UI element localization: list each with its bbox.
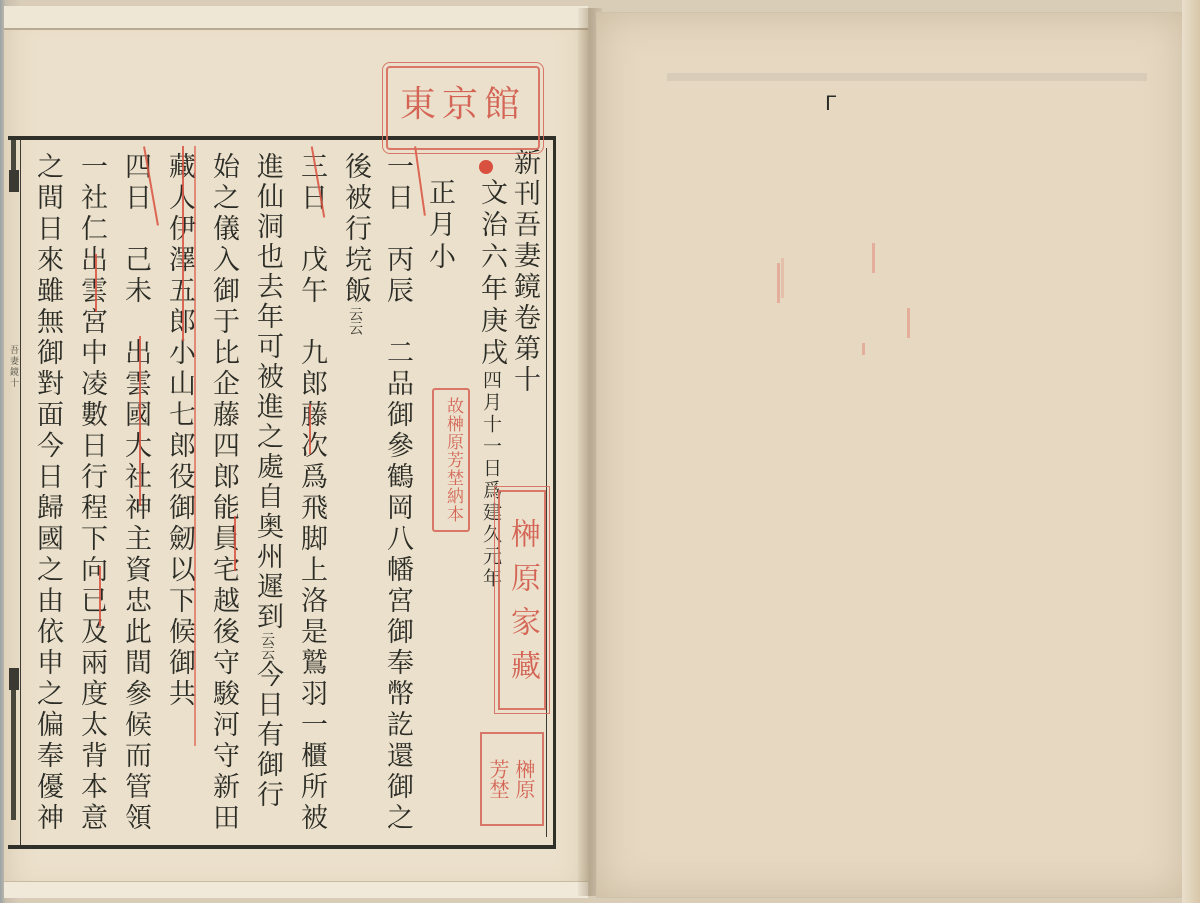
fore-edge-bar-lower — [11, 690, 16, 820]
day1-cont-main: 後被行垸飯 — [340, 152, 371, 307]
book-outer-edge — [1182, 0, 1200, 903]
column-month: 正月小 — [422, 178, 456, 274]
red-annotation-line — [194, 146, 196, 746]
page-top-edge — [4, 6, 588, 30]
faded-red-mark — [907, 308, 910, 338]
faded-red-mark — [781, 258, 784, 298]
ink-mark: ᒥ — [825, 91, 836, 115]
fore-edge-hanshin: 吾妻鏡十 — [8, 140, 21, 845]
red-marker-dot — [479, 160, 493, 174]
era-main: 文治六年庚戌 — [476, 178, 507, 370]
faded-red-mark — [777, 263, 780, 303]
right-page-blank: ᒥ — [596, 12, 1186, 898]
column-title: 新刊吾妻鏡卷第十 — [507, 148, 541, 396]
ink-show-through — [667, 73, 1147, 81]
column-day4: 四日 己未 出雲國大社神主資忠此間參候而管領 — [118, 152, 152, 834]
red-annotation-line — [182, 146, 184, 341]
fishtail-mark-upper — [9, 170, 19, 192]
seal-tokyo-library: 東京館 — [386, 66, 540, 150]
red-annotation-line — [99, 566, 101, 626]
fishtail-mark-lower — [9, 668, 19, 690]
seal-square-name: 榊原 芳埜 — [480, 732, 544, 826]
fore-edge-bar-upper — [11, 140, 16, 170]
day3-cont-main-a: 進仙洞也去年可被進之處自奥州遲到 — [252, 152, 283, 632]
seal-square-col1: 榊原 — [512, 759, 538, 799]
red-annotation-line — [95, 254, 97, 312]
fore-edge-title: 吾妻鏡十 — [8, 345, 20, 389]
day3-cont-main-b: 今日有御行 — [252, 660, 283, 810]
seal-sakakibara-family-collection: 榊原家藏 — [498, 490, 546, 710]
red-annotation-line — [234, 516, 236, 571]
frame-inner-rule — [546, 148, 547, 837]
page-bottom-edge — [4, 881, 588, 898]
column-day3-cont: 進仙洞也去年可被進之處自奥州遲到云云今日有御行 — [250, 152, 284, 810]
day3-cont-note: 云云 — [259, 632, 275, 660]
column-day3-cont2: 始之儀入御于比企藤四郎能員宅越後守駿河守新田 — [206, 152, 240, 834]
faded-red-mark — [872, 243, 875, 273]
column-day3: 三日 戊午 九郎藤次爲飛脚上洛是鷲羽一櫃所被 — [294, 152, 328, 834]
red-annotation-line — [139, 336, 141, 506]
seal-donated-by-sakakibara: 故榊原芳埜納本 — [432, 388, 470, 532]
column-day4-cont2: 之間日來雖無御對面今日歸國之由依申之偏奉優神 — [30, 152, 64, 834]
column-day4-cont: 一社仁出雲宮中凌數日行程下向已及兩度太背本意 — [74, 152, 108, 834]
day1-cont-note: 云云 — [347, 307, 363, 335]
column-day1: 一日 丙辰 二品御參鶴岡八幡宮御奉幣訖還御之 — [380, 152, 414, 834]
faded-red-mark — [862, 343, 865, 355]
column-day1-cont: 後被行垸飯云云 — [338, 152, 372, 335]
red-annotation-line — [309, 404, 311, 454]
seal-square-col2: 芳埜 — [486, 759, 512, 799]
column-day3-cont3: 藏人伊澤五郎小山七郎役御劒以下候御共 — [162, 152, 196, 710]
